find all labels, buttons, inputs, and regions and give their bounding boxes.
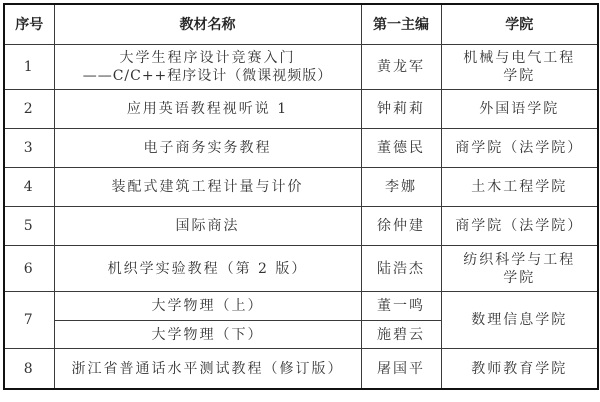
- cell-editor: 徐仲建: [361, 207, 441, 246]
- title-line: ——C/C++程序设计（微课视频版）: [57, 67, 359, 85]
- table-row: 7 大学物理（上） 董一鸣 数理信息学院: [4, 292, 598, 321]
- table-row: 3 电子商务实务教程 董德民 商学院（法学院）: [4, 129, 598, 168]
- header-college: 学院: [441, 4, 598, 45]
- cell-no: 2: [4, 90, 54, 129]
- college-line: 机械与电气工程: [444, 49, 596, 67]
- cell-editor: 黄龙军: [361, 45, 441, 90]
- cell-editor: 陆浩杰: [361, 246, 441, 292]
- college-line: 学院: [444, 269, 596, 287]
- cell-no: 5: [4, 207, 54, 246]
- cell-no: 4: [4, 168, 54, 207]
- cell-title: 大学物理（下）: [54, 321, 361, 349]
- cell-college: 外国语学院: [441, 90, 598, 129]
- cell-title: 大学生程序设计竞赛入门 ——C/C++程序设计（微课视频版）: [54, 45, 361, 90]
- cell-college: 纺织科学与工程 学院: [441, 246, 598, 292]
- cell-no: 8: [4, 349, 54, 390]
- cell-title: 应用英语教程视听说 1: [54, 90, 361, 129]
- header-no: 序号: [4, 4, 54, 45]
- cell-no: 7: [4, 292, 54, 349]
- cell-no: 3: [4, 129, 54, 168]
- cell-editor: 董德民: [361, 129, 441, 168]
- cell-editor: 屠国平: [361, 349, 441, 390]
- college-line: 学院: [444, 67, 596, 85]
- cell-title: 国际商法: [54, 207, 361, 246]
- textbook-table: 序号 教材名称 第一主编 学院 1 大学生程序设计竞赛入门 ——C/C++程序设…: [3, 3, 599, 390]
- cell-editor: 钟莉莉: [361, 90, 441, 129]
- header-editor: 第一主编: [361, 4, 441, 45]
- cell-college: 土木工程学院: [441, 168, 598, 207]
- table-row: 1 大学生程序设计竞赛入门 ——C/C++程序设计（微课视频版） 黄龙军 机械与…: [4, 45, 598, 90]
- table-row: 4 装配式建筑工程计量与计价 李娜 土木工程学院: [4, 168, 598, 207]
- cell-title: 大学物理（上）: [54, 292, 361, 321]
- cell-title: 浙江省普通话水平测试教程（修订版）: [54, 349, 361, 390]
- header-title: 教材名称: [54, 4, 361, 45]
- cell-no: 6: [4, 246, 54, 292]
- cell-title: 机织学实验教程（第 2 版）: [54, 246, 361, 292]
- table-row: 2 应用英语教程视听说 1 钟莉莉 外国语学院: [4, 90, 598, 129]
- table-row: 5 国际商法 徐仲建 商学院（法学院）: [4, 207, 598, 246]
- title-line: 大学生程序设计竞赛入门: [57, 49, 359, 67]
- cell-college: 机械与电气工程 学院: [441, 45, 598, 90]
- college-line: 纺织科学与工程: [444, 251, 596, 269]
- cell-college: 商学院（法学院）: [441, 129, 598, 168]
- cell-editor: 董一鸣: [361, 292, 441, 321]
- cell-editor: 施碧云: [361, 321, 441, 349]
- cell-title: 装配式建筑工程计量与计价: [54, 168, 361, 207]
- table-row: 6 机织学实验教程（第 2 版） 陆浩杰 纺织科学与工程 学院: [4, 246, 598, 292]
- cell-title: 电子商务实务教程: [54, 129, 361, 168]
- cell-college: 数理信息学院: [441, 292, 598, 349]
- cell-college: 商学院（法学院）: [441, 207, 598, 246]
- cell-editor: 李娜: [361, 168, 441, 207]
- cell-no: 1: [4, 45, 54, 90]
- table-row: 8 浙江省普通话水平测试教程（修订版） 屠国平 教师教育学院: [4, 349, 598, 390]
- header-row: 序号 教材名称 第一主编 学院: [4, 4, 598, 45]
- cell-college: 教师教育学院: [441, 349, 598, 390]
